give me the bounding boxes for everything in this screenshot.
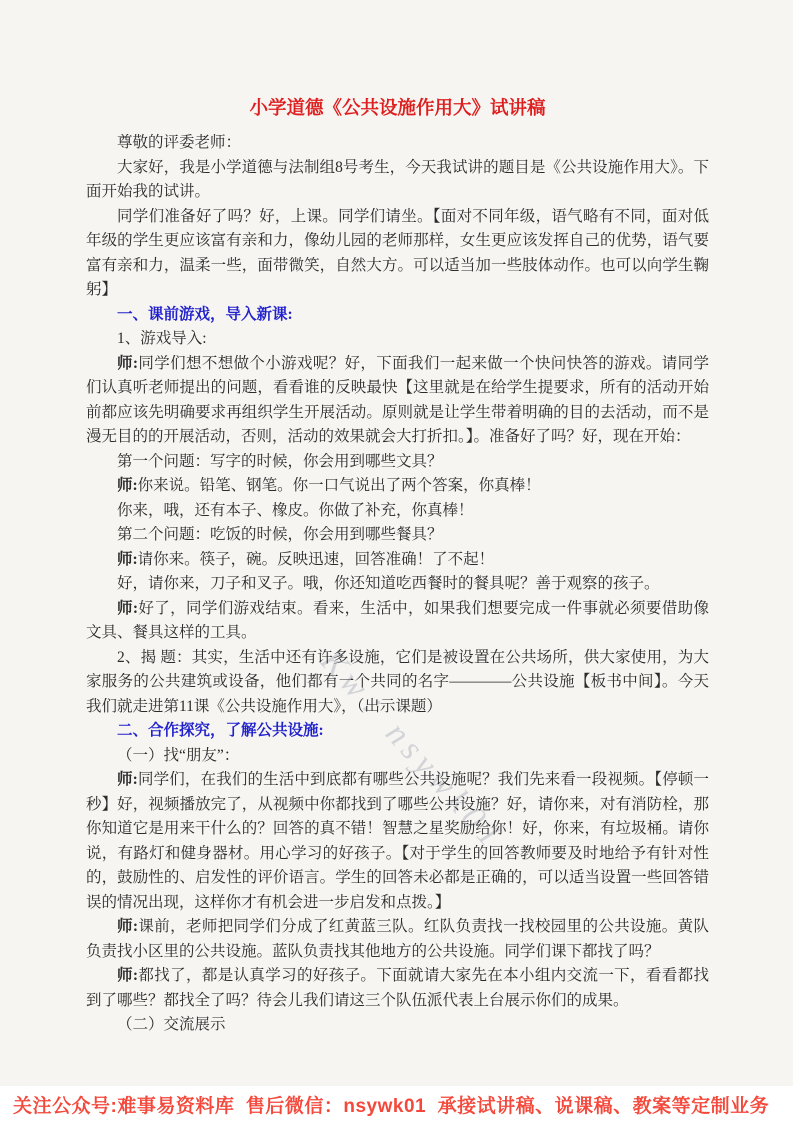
speaker-label: 师: — [117, 551, 138, 568]
speaker-label: 师: — [117, 918, 138, 935]
paragraph: 第一个问题：写字的时候，你会用到哪些文具？ — [86, 450, 709, 475]
paragraph: 1、游戏导入: — [86, 327, 709, 352]
paragraph: 第二个问题：吃饭的时候，你会用到哪些餐具？ — [86, 523, 709, 548]
paragraph: 好，请你来，刀子和叉子。哦，你还知道吃西餐时的餐具呢？善于观察的孩子。 — [86, 572, 709, 597]
paragraph: 2、揭 题：其实，生活中还有许多设施，它们是被设置在公共场所，供大家使用，为大家… — [86, 646, 709, 720]
paragraph: 师:都找了，都是认真学习的好孩子。下面就请大家先在本小组内交流一下，看看都找到了… — [86, 964, 709, 1013]
speaker-label: 师: — [117, 771, 138, 788]
paragraph: 你来，哦，还有本子、橡皮。你做了补充，你真棒！ — [86, 499, 709, 524]
paragraph: 师:好了，同学们游戏结束。看来，生活中，如果我们想要完成一件事就必须要借助像文具… — [86, 597, 709, 646]
paragraph: 尊敬的评委老师： — [86, 131, 709, 156]
paragraph: 师:请你来。筷子，碗。反映迅速，回答准确！了不起！ — [86, 548, 709, 573]
speaker-label: 师: — [117, 967, 138, 984]
paragraph: 师:同学们想不想做个小游戏呢？好，下面我们一起来做一个快问快答的游戏。请同学们认… — [86, 352, 709, 450]
paragraph: 同学们准备好了吗？好，上课。同学们请坐。【面对不同年级，语气略有不同，面对低年级… — [86, 205, 709, 303]
section-heading: 二、合作探究，了解公共设施: — [86, 719, 709, 744]
promo-footer-bar: 关注公众号:难事易资料库 售后微信：nsywk01 承接试讲稿、说课稿、教案等定… — [0, 1086, 793, 1122]
paragraph: 大家好，我是小学道德与法制组8号考生，今天我试讲的题目是《公共设施作用大》。下面… — [86, 156, 709, 205]
paragraph: 师:你来说。铅笔、钢笔。你一口气说出了两个答案，你真棒！ — [86, 474, 709, 499]
speaker-label: 师: — [117, 477, 138, 494]
speaker-label: 师: — [117, 355, 138, 372]
paragraph: 师:课前，老师把同学们分成了红黄蓝三队。红队负责找一找校园里的公共设施。黄队负责… — [86, 915, 709, 964]
paragraph: （二）交流展示 — [86, 1013, 709, 1038]
document-page: 小学道德《公共设施作用大》试讲稿 Kw：nsywk01 尊敬的评委老师：大家好，… — [0, 0, 793, 1038]
document-body: Kw：nsywk01 尊敬的评委老师：大家好，我是小学道德与法制组8号考生，今天… — [86, 131, 709, 1038]
document-title: 小学道德《公共设施作用大》试讲稿 — [86, 96, 709, 122]
promo-footer-text: 关注公众号:难事易资料库 售后微信：nsywk01 承接试讲稿、说课稿、教案等定… — [0, 1091, 769, 1118]
paragraph: 师:同学们，在我们的生活中到底都有哪些公共设施呢？我们先来看一段视频。【停顿一秒… — [86, 768, 709, 915]
speaker-label: 师: — [117, 600, 138, 617]
paragraph: （一）找“朋友”： — [86, 744, 709, 769]
section-heading: 一、课前游戏，导入新课: — [86, 303, 709, 328]
